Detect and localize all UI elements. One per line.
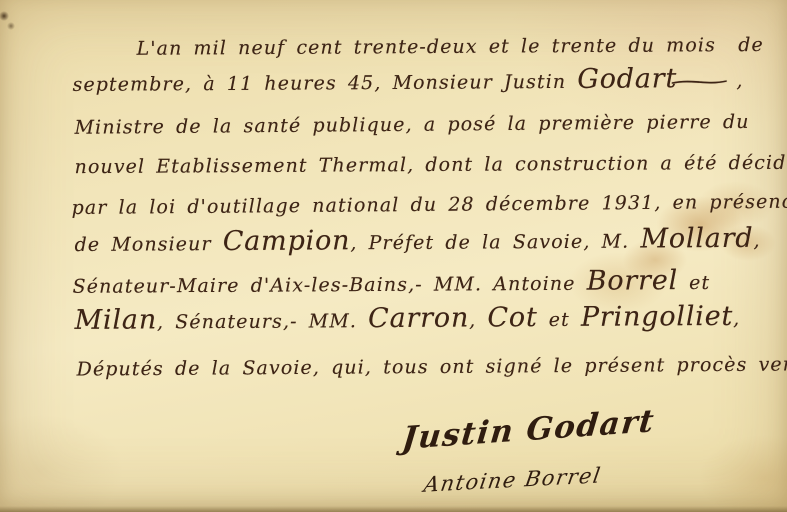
text-segment: , Sénateurs,- MM. <box>157 310 368 333</box>
scan-bottom-edge-shadow <box>0 506 787 512</box>
name-pringolliet: Pringolliet <box>581 301 733 333</box>
text-segment: , <box>733 308 740 330</box>
signature-justin-godart: Justin Godart <box>400 403 656 457</box>
name-milan: Milan <box>74 304 157 336</box>
text-segment: , <box>753 230 760 252</box>
text-segment: et <box>538 309 581 331</box>
name-cot: Cot <box>487 302 537 333</box>
text-segment: , <box>469 309 487 331</box>
signature-antoine-borrel: Antoine Borrel <box>422 463 603 497</box>
name-carron: Carron <box>368 302 469 334</box>
manuscript-line-9: Députés de la Savoie, qui, tous ont sign… <box>32 331 787 403</box>
text-segment: Députés de la Savoie, qui, tous ont sign… <box>76 353 787 380</box>
scanned-manuscript-document: L'an mil neuf cent trente-deux et le tre… <box>0 0 787 512</box>
